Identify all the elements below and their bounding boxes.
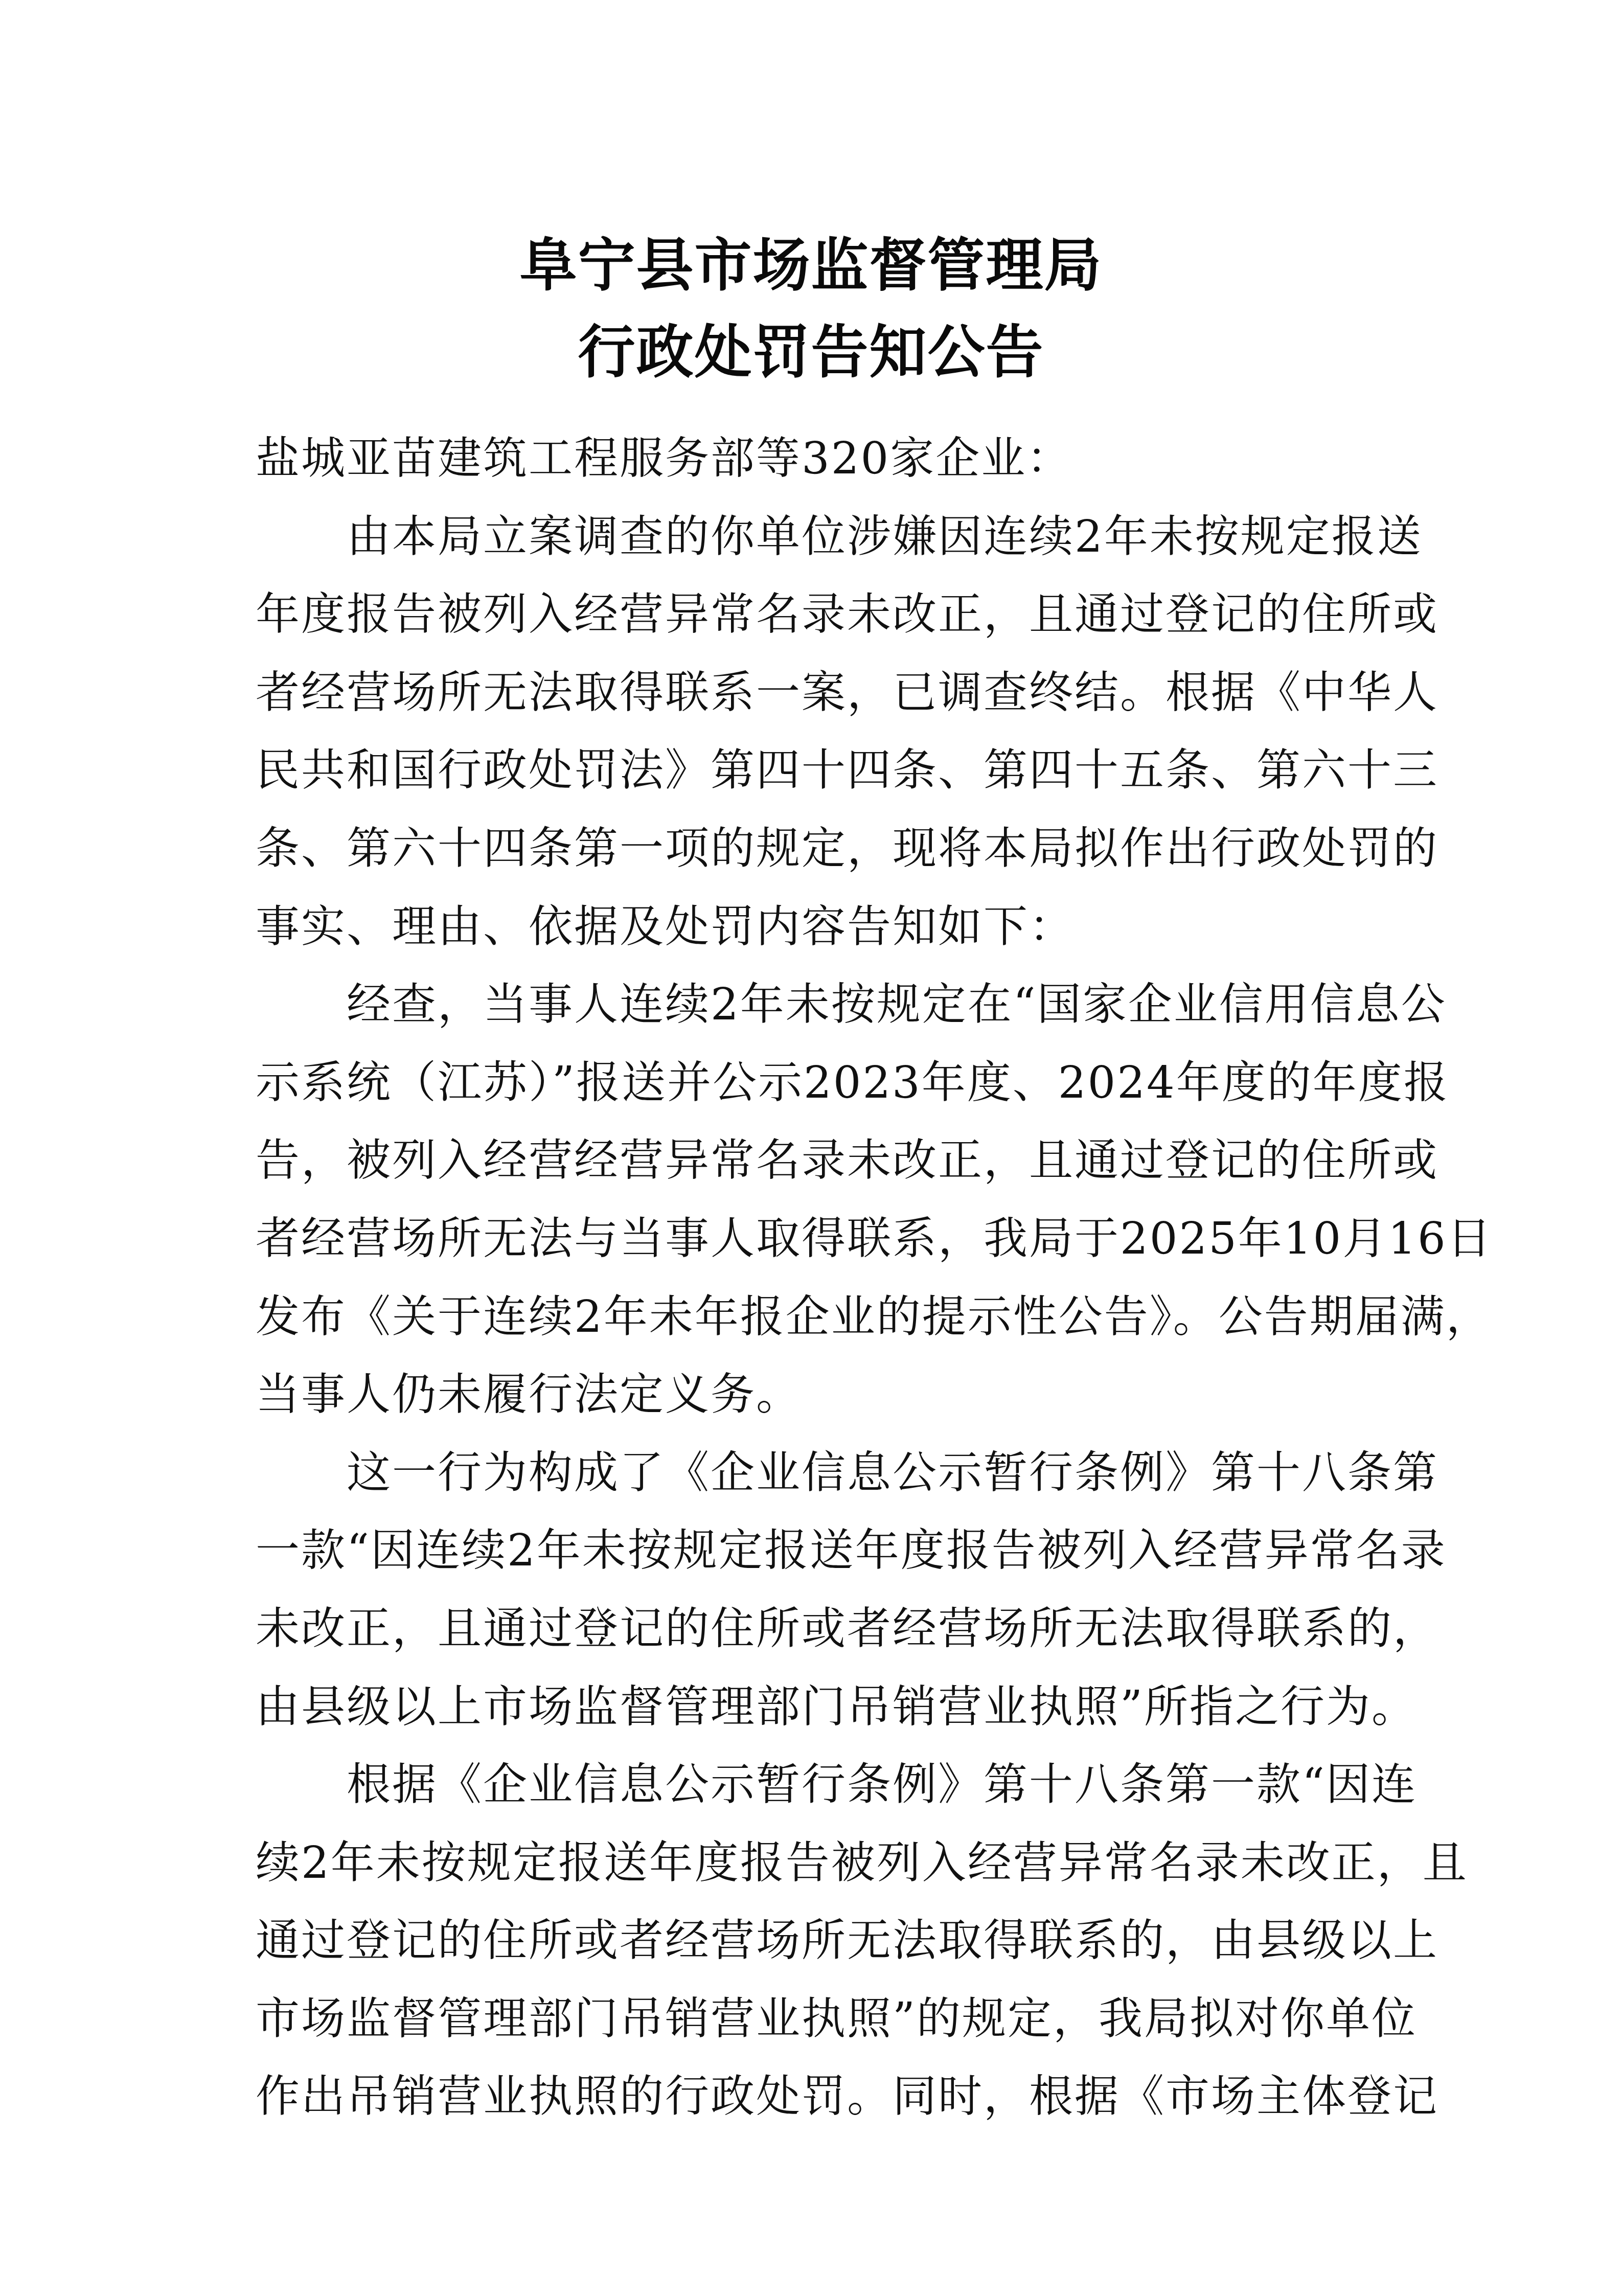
body-line: 者经营场所无法与当事人取得联系，我局于2025年10月16日 xyxy=(256,1206,1401,1284)
notice-body: 盐城亚苗建筑工程服务部等320家企业： 由本局立案调查的你单位涉嫌因连续2年未按… xyxy=(256,425,1401,2142)
body-line: 根据《企业信息公示暂行条例》第十八条第一款“因连 xyxy=(256,1752,1401,1830)
body-line: 民共和国行政处罚法》第四十四条、第四十五条、第六十三 xyxy=(256,737,1401,815)
issuer-title: 阜宁县市场监督管理局 xyxy=(0,233,1622,299)
body-line: 续2年未按规定报送年度报告被列入经营异常名录未改正，且 xyxy=(256,1830,1401,1908)
body-line: 经查，当事人连续2年未按规定在“国家企业信用信息公 xyxy=(256,971,1401,1050)
body-line: 条、第六十四条第一项的规定，现将本局拟作出行政处罚的 xyxy=(256,815,1401,894)
body-line: 事实、理由、依据及处罚内容告知如下： xyxy=(256,894,1401,972)
document-page: 阜宁县市场监督管理局 行政处罚告知公告 盐城亚苗建筑工程服务部等320家企业： … xyxy=(0,0,1622,2296)
body-line: 告，被列入经营经营异常名录未改正，且通过登记的住所或 xyxy=(256,1127,1401,1206)
salutation: 盐城亚苗建筑工程服务部等320家企业： xyxy=(256,425,1401,504)
body-line: 未改正，且通过登记的住所或者经营场所无法取得联系的， xyxy=(256,1596,1401,1674)
body-line: 一款“因连续2年未按规定报送年度报告被列入经营异常名录 xyxy=(256,1517,1401,1596)
body-line: 由本局立案调查的你单位涉嫌因连续2年未按规定报送 xyxy=(256,504,1401,582)
body-line: 市场监督管理部门吊销营业执照”的规定，我局拟对你单位 xyxy=(256,1986,1401,2064)
body-line: 由县级以上市场监督管理部门吊销营业执照”所指之行为。 xyxy=(256,1674,1401,1752)
body-line: 年度报告被列入经营异常名录未改正，且通过登记的住所或 xyxy=(256,581,1401,660)
body-line: 者经营场所无法取得联系一案，已调查终结。根据《中华人 xyxy=(256,660,1401,738)
body-line: 这一行为构成了《企业信息公示暂行条例》第十八条第 xyxy=(256,1440,1401,1518)
notice-title: 行政处罚告知公告 xyxy=(0,320,1622,386)
body-line: 示系统（江苏）”报送并公示2023年度、2024年度的年度报 xyxy=(256,1050,1401,1128)
body-line: 当事人仍未履行法定义务。 xyxy=(256,1361,1401,1440)
body-line: 作出吊销营业执照的行政处罚。同时，根据《市场主体登记 xyxy=(256,2063,1401,2142)
body-line: 通过登记的住所或者经营场所无法取得联系的，由县级以上 xyxy=(256,1907,1401,1986)
body-line: 发布《关于连续2年未年报企业的提示性公告》。公告期届满， xyxy=(256,1284,1401,1362)
